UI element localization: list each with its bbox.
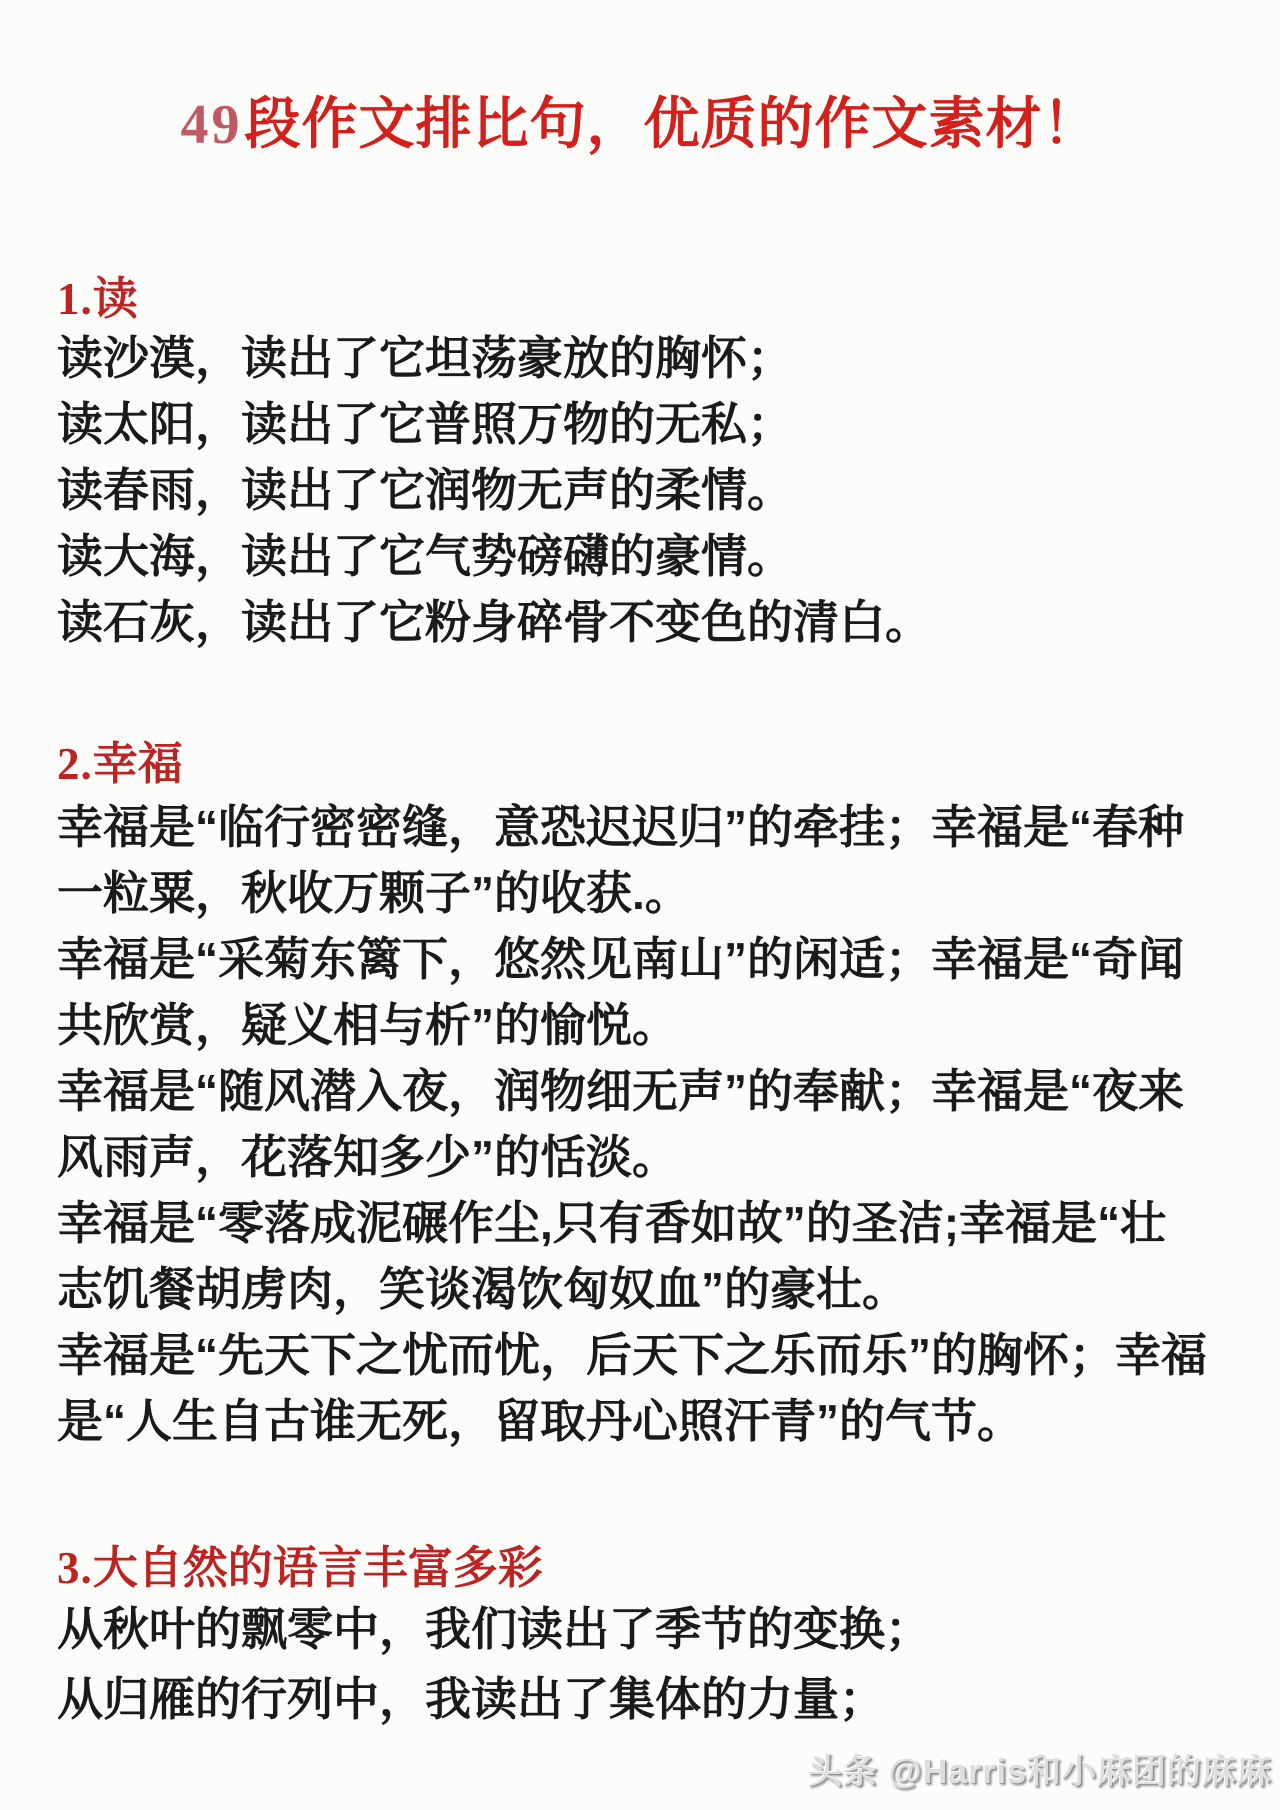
section-heading-read: 1.读 — [57, 262, 138, 327]
section-number: 3. — [57, 1543, 93, 1593]
section-body-nature: 从秋叶的飘零中，我们读出了季节的变换； 从归雁的行列中，我读出了集体的力量； — [57, 1594, 1260, 1734]
title-text: 段作文排比句，优质的作文素材！ — [245, 92, 1100, 155]
section-title: 读 — [93, 273, 138, 324]
text-line: 从秋叶的飘零中，我们读出了季节的变换； — [57, 1594, 1260, 1664]
text-line: 幸福是“临行密密缝，意恐迟迟归”的牵挂；幸福是“春种 — [57, 794, 1260, 860]
section-number: 2. — [57, 739, 93, 789]
title-number: 49 — [181, 94, 245, 156]
text-line: 读大海，读出了它气势磅礴的豪情。 — [57, 523, 1260, 589]
section-body-read: 读沙漠，读出了它坦荡豪放的胸怀； 读太阳，读出了它普照万物的无私； 读春雨，读出… — [57, 325, 1260, 655]
document-title: 49段作文排比句，优质的作文素材！ — [0, 80, 1280, 160]
text-line: 幸福是“采菊东篱下，悠然见南山”的闲适；幸福是“奇闻 — [57, 926, 1260, 992]
text-line: 风雨声，花落知多少”的恬淡。 — [57, 1124, 1260, 1190]
text-line: 是“人生自古谁无死，留取丹心照汗青”的气节。 — [57, 1388, 1260, 1454]
watermark: 头条 @Harris和小麻团的麻麻 — [808, 1744, 1272, 1793]
text-line: 读沙漠，读出了它坦荡豪放的胸怀； — [57, 325, 1260, 391]
text-line: 读太阳，读出了它普照万物的无私； — [57, 391, 1260, 457]
section-heading-happiness: 2.幸福 — [57, 727, 183, 792]
document-page: 49段作文排比句，优质的作文素材！ 1.读 读沙漠，读出了它坦荡豪放的胸怀； 读… — [0, 0, 1280, 1810]
text-line: 从归雁的行列中，我读出了集体的力量； — [57, 1664, 1260, 1734]
text-line: 一粒粟，秋收万颗子”的收获.。 — [57, 860, 1260, 926]
text-line: 幸福是“零落成泥碾作尘,只有香如故”的圣洁;幸福是“壮 — [57, 1190, 1260, 1256]
section-title: 幸福 — [93, 738, 183, 789]
text-line: 共欣赏，疑义相与析”的愉悦。 — [57, 992, 1260, 1058]
text-line: 幸福是“随风潜入夜，润物细无声”的奉献；幸福是“夜来 — [57, 1058, 1260, 1124]
section-body-happiness: 幸福是“临行密密缝，意恐迟迟归”的牵挂；幸福是“春种 一粒粟，秋收万颗子”的收获… — [57, 794, 1260, 1454]
text-line: 幸福是“先天下之忧而忧，后天下之乐而乐”的胸怀；幸福 — [57, 1322, 1260, 1388]
section-title: 大自然的语言丰富多彩 — [93, 1542, 543, 1593]
text-line: 读春雨，读出了它润物无声的柔情。 — [57, 457, 1260, 523]
text-line: 读石灰，读出了它粉身碎骨不变色的清白。 — [57, 589, 1260, 655]
section-number: 1. — [57, 274, 93, 324]
text-line: 志饥餐胡虏肉，笑谈渴饮匈奴血”的豪壮。 — [57, 1256, 1260, 1322]
section-heading-nature: 3.大自然的语言丰富多彩 — [57, 1531, 543, 1596]
